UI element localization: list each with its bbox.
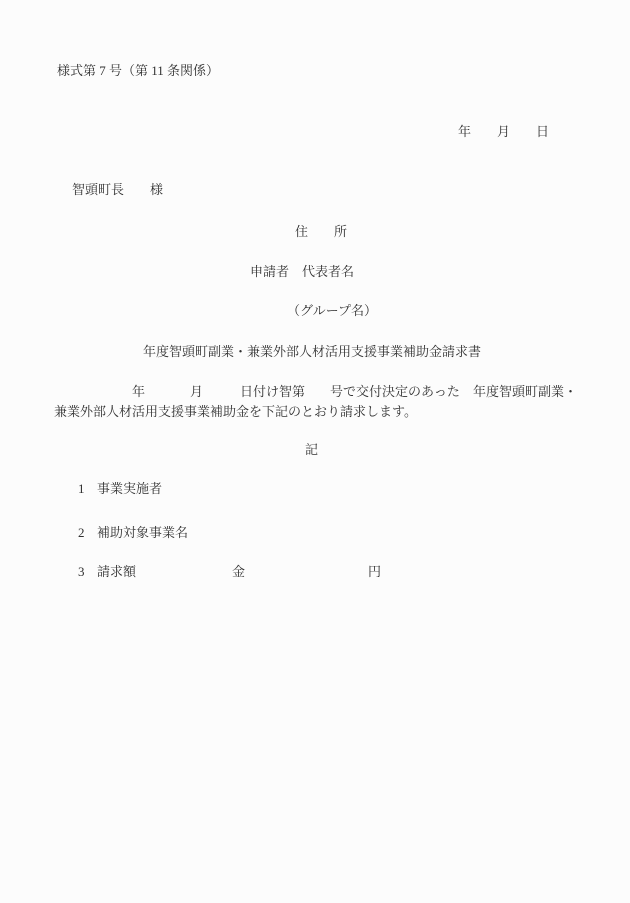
- form-number: 様式第 7 号（第 11 条関係）: [57, 63, 219, 79]
- body-decision-text: 号で交付決定のあった: [330, 384, 460, 400]
- document-page: 様式第 7 号（第 11 条関係） 年 月 日 智頭町長 様 住 所 申請者 代…: [0, 0, 630, 903]
- list-item: 2 補助対象事業名: [0, 525, 630, 541]
- applicant-representative-label: 申請者 代表者名: [250, 264, 354, 280]
- item-2-label: 補助対象事業名: [97, 525, 188, 541]
- body-day-prefix: 日付け智第: [240, 384, 305, 400]
- list-item: 3 請求額 金 円: [0, 564, 630, 580]
- body-fiscal-year-text: 年度智頭町副業・: [473, 384, 577, 400]
- body-line-1: 年 月 日付け智第 号で交付決定のあった 年度智頭町副業・: [0, 384, 630, 400]
- body-year-label: 年: [132, 384, 145, 400]
- body-line-2: 兼業外部人材活用支援事業補助金を下記のとおり請求します。: [54, 404, 417, 420]
- addressee: 智頭町長 様: [72, 182, 163, 198]
- body-month-label: 月: [190, 384, 203, 400]
- applicant-address-label: 住 所: [295, 224, 347, 240]
- date-line: 年 月 日: [458, 124, 549, 140]
- item-2-number: 2: [78, 525, 85, 541]
- item-3-amount-unit: 円: [368, 564, 381, 580]
- document-title: 年度智頭町副業・兼業外部人材活用支援事業補助金請求書: [143, 344, 481, 360]
- group-name-label: （グループ名）: [287, 303, 377, 319]
- note-marker: 記: [305, 442, 318, 458]
- item-1-label: 事業実施者: [97, 481, 162, 497]
- item-3-number: 3: [78, 564, 85, 580]
- item-1-number: 1: [78, 481, 85, 497]
- item-3-amount-prefix: 金: [232, 564, 245, 580]
- item-3-label: 請求額: [97, 564, 136, 580]
- list-item: 1 事業実施者: [0, 481, 630, 497]
